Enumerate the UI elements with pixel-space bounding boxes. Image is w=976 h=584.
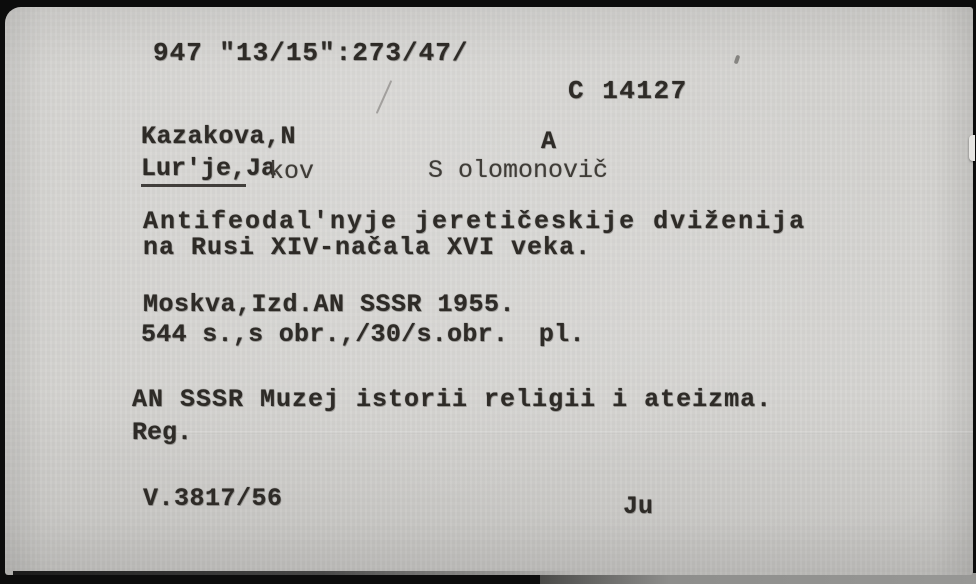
heading-initial: A	[541, 128, 556, 156]
accession-number: V.3817/56	[143, 485, 283, 513]
title-line-2: na Rusi XIV-načala XVI veka.	[143, 234, 591, 262]
series-note: AN SSSR Muzej istorii religii i ateizma.	[132, 386, 772, 414]
catalog-card-scan: 947 "13/15":273/47/ C 14127 Kazakova,N A…	[0, 0, 976, 584]
collation: 544 s.,s obr.,/30/s.obr. pl.	[141, 321, 585, 349]
control-number: C 14127	[568, 77, 688, 106]
registration-note: Reg.	[132, 419, 192, 447]
call-number: 947 "13/15":273/47/	[153, 39, 468, 68]
author-patronymic: S olomonovič	[428, 157, 608, 185]
heading-name: Kazakova,N	[141, 123, 296, 151]
author-given-rest: kov	[269, 158, 314, 186]
title-line-1: Antifeodal'nyje jeretičeskije dviženija	[143, 208, 806, 236]
typewritten-text-layer: 947 "13/15":273/47/ C 14127 Kazakova,N A…	[5, 7, 973, 575]
imprint: Moskva,Izd.AN SSSR 1955.	[143, 291, 515, 319]
cataloguer-initials: Ju	[623, 493, 653, 521]
author-name: Lur'je,Ja	[141, 155, 276, 183]
catalog-card: 947 "13/15":273/47/ C 14127 Kazakova,N A…	[5, 7, 973, 575]
author-surname: Lur'je,	[141, 154, 246, 187]
